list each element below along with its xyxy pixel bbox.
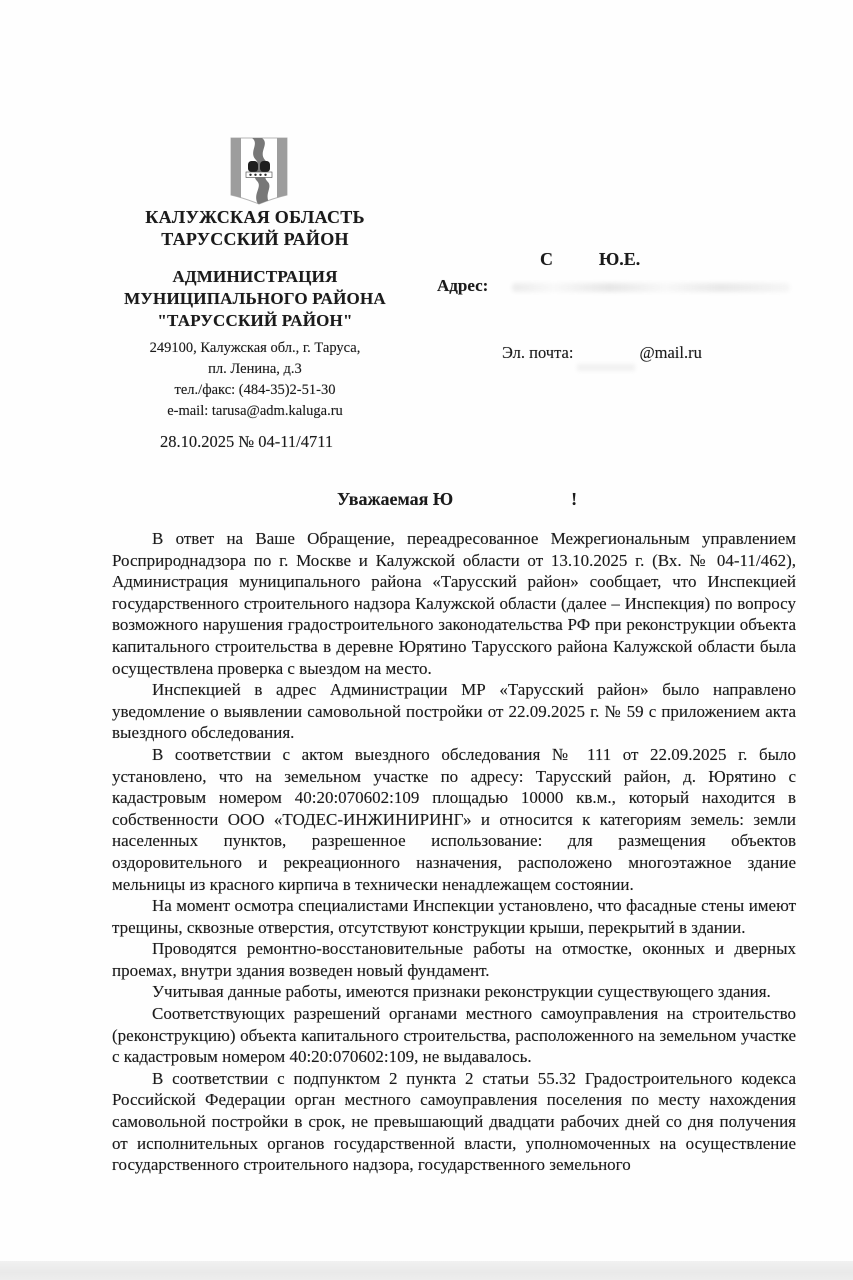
- recipient-address-label: Адрес:: [437, 276, 488, 296]
- redacted-address-smear: [512, 283, 790, 292]
- paragraph-2: Инспекцией в адрес Администрации МР «Тар…: [112, 679, 796, 744]
- paragraph-4: На момент осмотра специалистами Инспекци…: [112, 895, 796, 938]
- scan-bottom-edge: [0, 1261, 853, 1280]
- org-name-line1: АДМИНИСТРАЦИЯ: [100, 266, 410, 288]
- region-name-line1: КАЛУЖСКАЯ ОБЛАСТЬ: [100, 206, 410, 228]
- region-name-line2: ТАРУССКИЙ РАЙОН: [100, 228, 410, 250]
- recipient-email-line: Эл. почта:@mail.ru: [502, 343, 702, 363]
- org-name-line3: "ТАРУССКИЙ РАЙОН": [100, 310, 410, 332]
- paragraph-5: Проводятся ремонтно-восстановительные ра…: [112, 938, 796, 981]
- salutation-text: Уважаемая Ю: [337, 489, 453, 509]
- paragraph-3: В соответствии с актом выездного обследо…: [112, 744, 796, 895]
- salutation-line: Уважаемая Ю!: [337, 489, 577, 510]
- salutation-exclamation: !: [571, 489, 577, 509]
- recipient-email-domain: @mail.ru: [639, 343, 701, 362]
- sender-header-block: КАЛУЖСКАЯ ОБЛАСТЬ ТАРУССКИЙ РАЙОН АДМИНИ…: [100, 206, 410, 422]
- scanned-letter-page: КАЛУЖСКАЯ ОБЛАСТЬ ТАРУССКИЙ РАЙОН АДМИНИ…: [0, 0, 853, 1280]
- paragraph-6: Учитывая данные работы, имеются признаки…: [112, 981, 796, 1003]
- recipient-email-label: Эл. почта:: [502, 343, 573, 362]
- sender-postal-address-line1: 249100, Калужская обл., г. Таруса,: [100, 338, 410, 359]
- paragraph-8: В соответствии с подпунктом 2 пункта 2 с…: [112, 1068, 796, 1176]
- recipient-surname-initial: С: [540, 249, 553, 269]
- org-name-line2: МУНИЦИПАЛЬНОГО РАЙОНА: [100, 288, 410, 310]
- recipient-initials: Ю.Е.: [599, 249, 640, 269]
- coat-of-arms-icon: [228, 136, 290, 206]
- paragraph-1: В ответ на Ваше Обращение, переадресован…: [112, 528, 796, 679]
- sender-email: e-mail: tarusa@adm.kaluga.ru: [100, 401, 410, 422]
- sender-postal-address-line2: пл. Ленина, д.3: [100, 359, 410, 380]
- letter-body: В ответ на Ваше Обращение, переадресован…: [112, 528, 796, 1176]
- recipient-name: СЮ.Е.: [540, 249, 640, 270]
- letter-date-and-number: 28.10.2025 № 04-11/4711: [160, 432, 333, 452]
- sender-phone: тел./факс: (484-35)2-51-30: [100, 380, 410, 401]
- paragraph-7: Соответствующих разрешений органами мест…: [112, 1003, 796, 1068]
